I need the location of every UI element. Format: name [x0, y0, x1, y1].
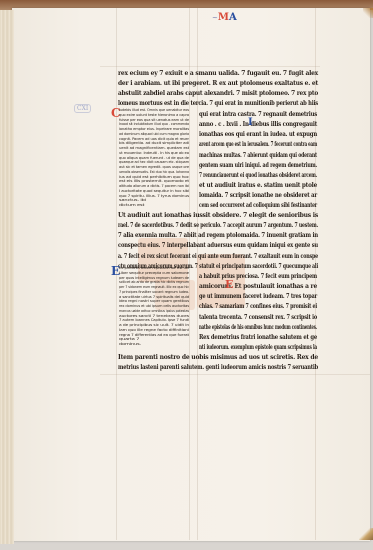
text-line: lomaida. 7 scripsit ionathe ne obsideret… [199, 190, 357, 200]
main-text-lower-full: Item parenti nostro de uobis misimus ad … [118, 352, 369, 372]
text-line: Rex demetrius fratri ionathe salutem et … [199, 332, 359, 342]
text-line: machinas multas. 7 abierunt quidam qui o… [199, 150, 335, 160]
main-text-middle-full: Ut audiuit aut ionathas iussit obsidere.… [118, 210, 373, 271]
gloss-line: dominus. [119, 342, 189, 347]
ruling-line [100, 374, 370, 375]
page-corner-top [363, 8, 373, 18]
running-title-blue-letter: A [229, 12, 237, 23]
text-line: a habuit prius preciosa. 7 fecit eum pri… [199, 271, 346, 281]
text-line: ge ut immunem faceret iudeam. 7 tres top… [199, 291, 352, 301]
text-line: ionathas eos qui erant in iudea. ut expu… [199, 129, 357, 139]
rubric-initial-red: E [225, 278, 233, 291]
text-line: arent arcem que est in ierusalem. 7 fece… [199, 139, 317, 149]
text-line: qui erat intra castra. 7 regnauit demetr… [199, 109, 356, 119]
rubric-initial-blue: I [248, 117, 253, 128]
text-line: Ut audiuit aut ionathas iussit obsidere.… [118, 210, 373, 220]
text-line: gentem suam uiri iniqui. ad regem demetr… [199, 160, 341, 170]
text-line: rael. 7 de sacerdotibus. 7 dedit se peri… [118, 220, 321, 230]
text-line: anno . c . lxvii . In diebus illis congr… [199, 119, 359, 129]
text-line: nti iudeorum. exemplum epistole quam scr… [199, 342, 327, 352]
text-line: Item parenti nostro de uobis misimus ad … [118, 352, 355, 362]
text-line: 7 renunciauerunt ei quod ionathas obside… [199, 170, 327, 180]
text-line: a. 7 fecit ei rex sicut fecerant ei qui … [118, 251, 329, 261]
text-line: rex ecium ey 7 exiuit e a smanu ualida. … [118, 68, 348, 78]
text-line: nathe epistolas de his omnibus hunc modu… [199, 322, 317, 332]
gloss-upper: Iudebis illud est. Omnis que uenabitur e… [119, 108, 189, 208]
ruling-line [100, 66, 320, 67]
gloss-lower: Ex predictis autem epistolis hoc est uel… [119, 266, 189, 348]
running-title-red-letter: M [218, 12, 229, 23]
running-title: ~MA [212, 12, 237, 24]
text-line: talenta trecenta. 7 consensit rex. 7 scr… [199, 312, 350, 322]
text-line: abstulit zabdiel arabs caput alexandri. … [118, 88, 342, 98]
text-line: chias. 7 samariam 7 confines eius. 7 pro… [199, 301, 342, 311]
text-line: 7 alia exennia multa. 7 abiit ad regem p… [118, 230, 356, 240]
page-edges-stack [0, 10, 14, 544]
gloss-line: dictum est [119, 203, 189, 208]
text-line: et ut audiuit iratus e. statim uenit pto… [199, 180, 368, 190]
text-line: conspectu eius. 7 interpellabant aduersu… [118, 240, 348, 250]
main-text-upper-full: rex ecium ey 7 exiuit e a smanu ualida. … [118, 68, 364, 109]
main-text-upper-right: qui erat intra castra. 7 regnauit demetr… [199, 109, 373, 211]
text-line: metrius lasteni parenti salutem. genti i… [118, 362, 318, 372]
text-line: der i arabiam. ut ibi pregeret. R ex aut… [118, 78, 347, 88]
margin-chapter-number: CXI [74, 104, 91, 113]
page-corner-curl [359, 528, 373, 540]
